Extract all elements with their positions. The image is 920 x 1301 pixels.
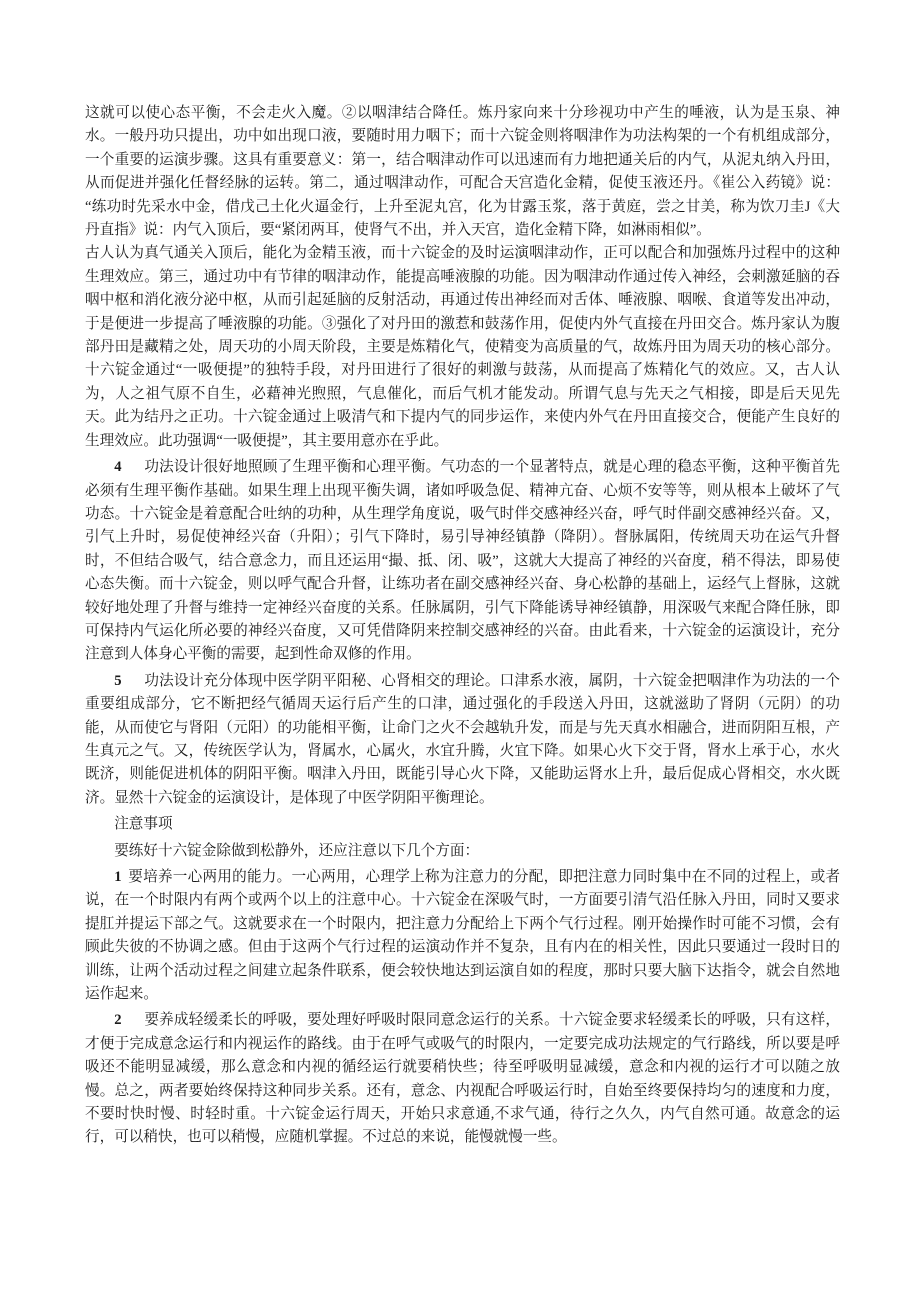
- paragraph-text: 功法设计很好地照顾了生理平衡和心理平衡。气功态的一个显著特点，就是心理的稳态平衡…: [85, 459, 840, 662]
- paragraph: 5功法设计充分体现中医学阴平阳秘、心肾相交的理论。口津系水液，属阴，十六锭金把咽…: [85, 670, 840, 810]
- paragraph-text: 这就可以使心态平衡，不会走火入魔。②以咽津结合降任。炼丹家向来十分珍视功中产生的…: [85, 105, 840, 238]
- paragraph-number: 1: [114, 869, 121, 885]
- paragraph: 古人认为真气通关入顶后，能化为金精玉液，而十六锭金的及时运演咽津动作，正可以配合…: [85, 242, 840, 453]
- paragraph-text: 要养成轻缓柔长的呼吸，要处理好呼吸时限同意念运行的关系。十六锭金要求轻缓柔长的呼…: [85, 1012, 840, 1145]
- paragraph: 要练好十六锭金除做到松静外，还应注意以下几个方面：: [85, 840, 840, 863]
- text-block: 这就可以使心态平衡，不会走火入魔。②以咽津结合降任。炼丹家向来十分珍视功中产生的…: [85, 102, 840, 1150]
- paragraph-text: 要练好十六锭金除做到松静外，还应注意以下几个方面：: [114, 843, 479, 859]
- paragraph-number: 5: [114, 673, 121, 689]
- paragraph: 4功法设计很好地照顾了生理平衡和心理平衡。气功态的一个显著特点，就是心理的稳态平…: [85, 456, 840, 667]
- paragraph-number: 4: [114, 459, 121, 475]
- paragraph: 注意事项: [85, 813, 840, 836]
- paragraph-text: 功法设计充分体现中医学阴平阳秘、心肾相交的理论。口津系水液，属阴，十六锭金把咽津…: [85, 673, 840, 806]
- paragraph-text: 注意事项: [114, 816, 172, 832]
- paragraph: 1要培养一心两用的能力。一心两用，心理学上称为注意力的分配，即把注意力同时集中在…: [85, 866, 840, 1006]
- paragraph: 2要养成轻缓柔长的呼吸，要处理好呼吸时限同意念运行的关系。十六锭金要求轻缓柔长的…: [85, 1009, 840, 1149]
- paragraph-text: 要培养一心两用的能力。一心两用，心理学上称为注意力的分配，即把注意力同时集中在不…: [85, 869, 840, 1002]
- paragraph: 这就可以使心态平衡，不会走火入魔。②以咽津结合降任。炼丹家向来十分珍视功中产生的…: [85, 102, 840, 242]
- paragraph-text: 古人认为真气通关入顶后，能化为金精玉液，而十六锭金的及时运演咽津动作，正可以配合…: [85, 245, 840, 448]
- document-page: 这就可以使心态平衡，不会走火入魔。②以咽津结合降任。炼丹家向来十分珍视功中产生的…: [0, 0, 920, 1301]
- paragraph-number: 2: [114, 1012, 121, 1028]
